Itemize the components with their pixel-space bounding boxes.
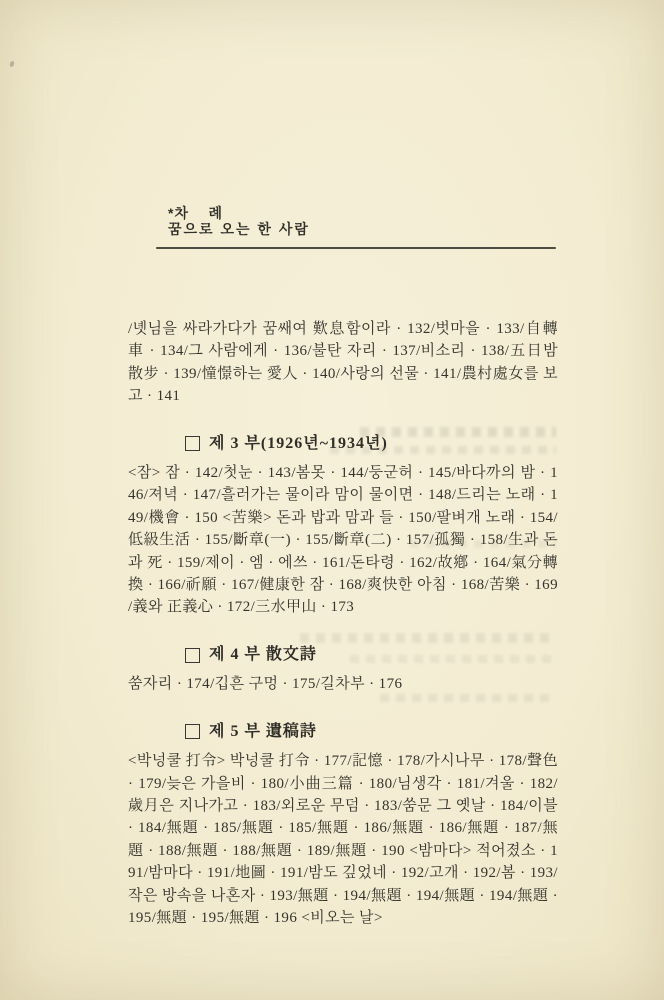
toc-entries-continued: /녯님을 싸라가다가 꿈쌔여 歎息함이라 · 132/벗마을 · 133/自轉車… — [128, 318, 558, 408]
section-5-heading: 제 5 부 遺稿詩 — [128, 721, 558, 743]
toc-body: /녯님을 싸라가다가 꿈쌔여 歎息함이라 · 132/벗마을 · 133/自轉車… — [128, 318, 558, 929]
ink-bleedthrough — [410, 540, 556, 548]
toc-header: *차 례 꿈으로 오는 한 사람 — [168, 205, 310, 238]
section-4-title: 제 4 부 散文詩 — [209, 644, 317, 666]
section-4-entries: 쑴자리 · 174/깁흔 구멍 · 175/길차부 · 176 — [128, 673, 558, 695]
paper-speck — [9, 60, 15, 67]
toc-section-5: 제 5 부 遺稿詩 <박넝쿨 打令> 박넝쿨 打令 · 177/記憶 · 178… — [128, 721, 558, 930]
section-marker-box-icon — [185, 436, 200, 451]
book-page: *차 례 꿈으로 오는 한 사람 /녯님을 싸라가다가 꿈쌔여 歎息함이라 · … — [0, 0, 664, 1000]
ink-bleedthrough — [330, 446, 556, 454]
ink-bleedthrough — [380, 694, 556, 702]
section-5-title: 제 5 부 遺稿詩 — [209, 721, 317, 743]
book-title: 꿈으로 오는 한 사람 — [168, 221, 310, 238]
ink-bleedthrough — [350, 655, 556, 663]
toc-label: *차 례 — [168, 205, 310, 221]
ink-bleedthrough — [360, 427, 556, 437]
section-5-entries: <박넝쿨 打令> 박넝쿨 打令 · 177/記憶 · 178/가시나무 · 17… — [128, 750, 558, 929]
section-marker-box-icon — [185, 724, 200, 739]
header-rule — [156, 247, 556, 249]
section-marker-box-icon — [185, 648, 200, 663]
toc-section-4: 제 4 부 散文詩 쑴자리 · 174/깁흔 구멍 · 175/길차부 · 17… — [128, 644, 558, 696]
ink-bleedthrough — [300, 633, 556, 643]
toc-section-3: 제 3 부(1926년~1934년) <잠> 잠 · 142/첫눈 · 143/… — [128, 433, 558, 619]
